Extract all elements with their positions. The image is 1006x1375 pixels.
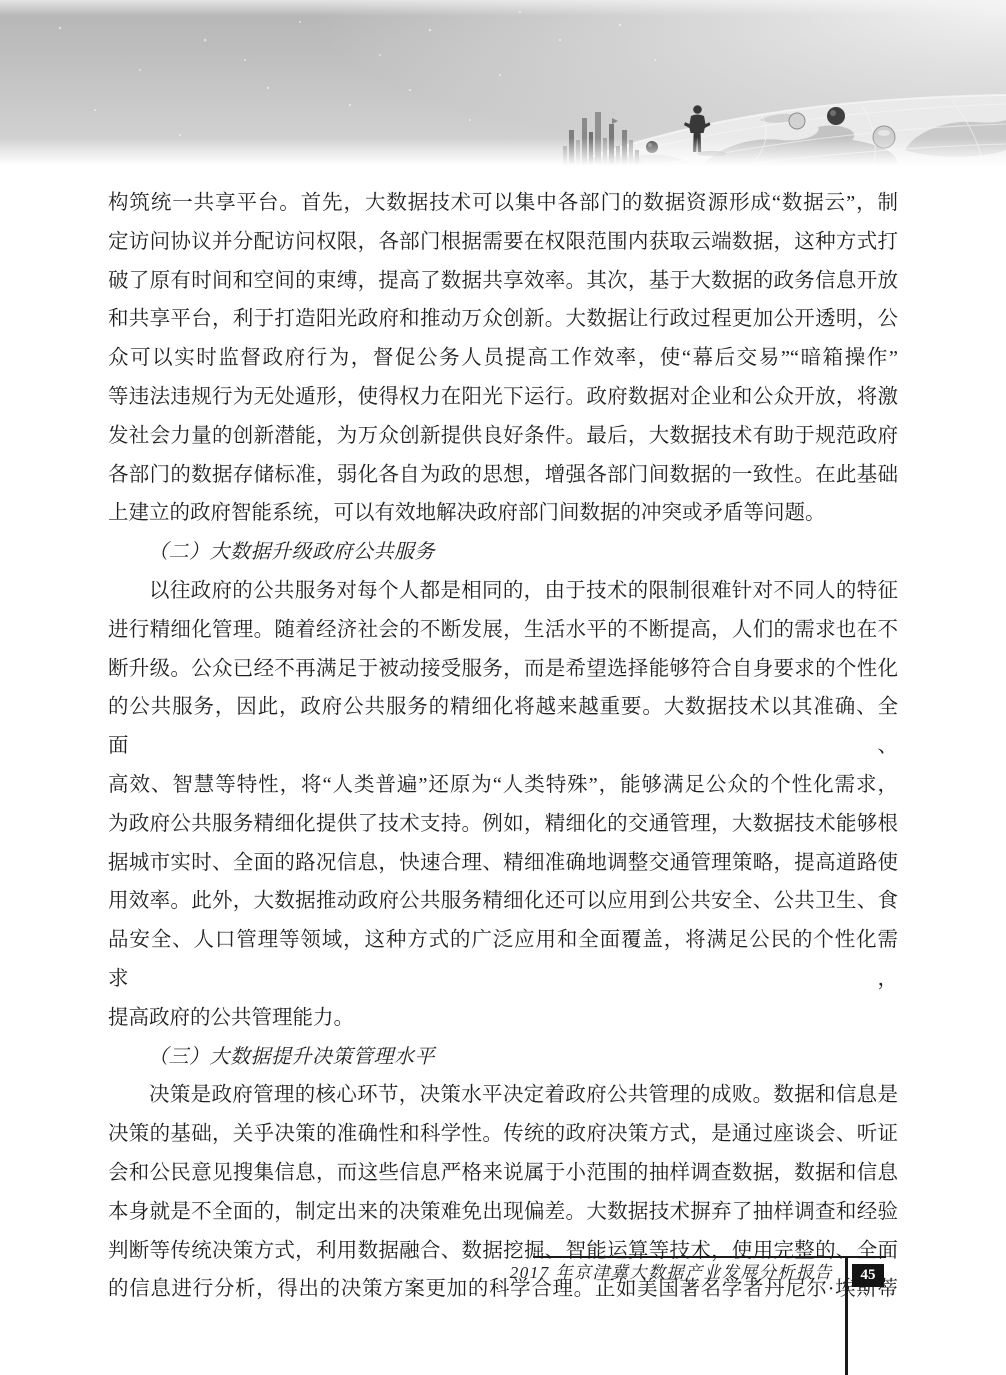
city-bar-skyline-icon: [552, 112, 648, 168]
text-line: 以往政府的公共服务对每个人都是相同的，由于技术的限制很难针对不同人的特征: [108, 572, 898, 611]
text-line: 进行精细化管理。随着经济社会的不断发展，生活水平的不断提高，人们的需求也在不: [108, 611, 898, 650]
text-line: 断升级。公众已经不再满足于被动接受服务，而是希望选择能够符合自身要求的个性化: [108, 650, 898, 689]
text-line: 决策的基础，关乎决策的准确性和科学性。传统的政府决策方式，是通过座谈会、听证: [108, 1115, 898, 1154]
text-line: 等违法违规行为无处遁形，使得权力在阳光下运行。政府数据对企业和公众开放，将激: [108, 378, 898, 417]
section-heading-2: （二）大数据升级政府公共服务: [108, 533, 898, 572]
text-line: 构筑统一共享平台。首先，大数据技术可以集中各部门的数据资源形成“数据云”，制: [108, 184, 898, 223]
text-line: 和共享平台，利于打造阳光政府和推动万众创新。大数据让行政过程更加公开透明，公: [108, 300, 898, 339]
article-body: 构筑统一共享平台。首先，大数据技术可以集中各部门的数据资源形成“数据云”，制 定…: [108, 184, 898, 1309]
text-line: 据城市实时、全面的路况信息，快速合理、精细准确地调整交通管理策略，提高道路使: [108, 844, 898, 883]
page-number-badge: 45: [852, 1264, 884, 1287]
text-line: 各部门的数据存储标准，弱化各自为政的思想，增强各部门间数据的一致性。在此基础: [108, 456, 898, 495]
text-line: 会和公民意见搜集信息，而这些信息严格来说属于小范围的抽样调查数据，数据和信息: [108, 1154, 898, 1193]
text-line: 高效、智慧等特性，将“人类普遍”还原为“人类特殊”，能够满足公众的个性化需求，: [108, 766, 898, 805]
page-number: 45: [861, 1267, 876, 1284]
text-line: 本身就是不全面的，制定出来的决策难免出现偏差。大数据技术摒弃了抽样调查和经验: [108, 1193, 898, 1232]
footer-rule: [533, 1256, 886, 1258]
text-line: 众可以实时监督政府行为，督促公务人员提高工作效率，使“幕后交易”“暗箱操作”: [108, 339, 898, 378]
header-banner-image: [0, 0, 1006, 168]
text-line: 上建立的政府智能系统，可以有效地解决政府部门间数据的冲突或矛盾等问题。: [108, 494, 898, 533]
text-line: 发社会力量的创新潜能，为万众创新提供良好条件。最后，大数据技术有助于规范政府: [108, 417, 898, 456]
header-art: [0, 0, 1006, 168]
text-line: 的公共服务，因此，政府公共服务的精细化将越来越重要。大数据技术以其准确、全面、: [108, 688, 898, 766]
footer-vertical-bar: [845, 1256, 848, 1375]
report-page: 构筑统一共享平台。首先，大数据技术可以集中各部门的数据资源形成“数据云”，制 定…: [0, 0, 1006, 1375]
text-line: 破了原有时间和空间的束缚，提高了数据共享效率。其次，基于大数据的政务信息开放: [108, 262, 898, 301]
text-line: 品安全、人口管理等领域，这种方式的广泛应用和全面覆盖，将满足公民的个性化需求，: [108, 921, 898, 999]
text-line: 决策是政府管理的核心环节，决策水平决定着政府公共管理的成败。数据和信息是: [108, 1076, 898, 1115]
text-line: 定访问协议并分配访问权限，各部门根据需要在权限范围内获取云端数据，这种方式打: [108, 223, 898, 262]
star-speckles-icon: [59, 11, 656, 136]
text-line: 提高政府的公共管理能力。: [108, 999, 898, 1038]
flag-icon: [612, 118, 618, 124]
text-line: 用效率。此外，大数据推动政府公共服务精细化还可以应用到公共安全、公共卫生、食: [108, 882, 898, 921]
text-line: 为政府公共服务精细化提供了技术支持。例如，精细化的交通管理，大数据技术能够根: [108, 805, 898, 844]
section-heading-3: （三）大数据提升决策管理水平: [108, 1038, 898, 1077]
footer-report-title: 2017 年京津冀大数据产业发展分析报告: [510, 1261, 833, 1285]
